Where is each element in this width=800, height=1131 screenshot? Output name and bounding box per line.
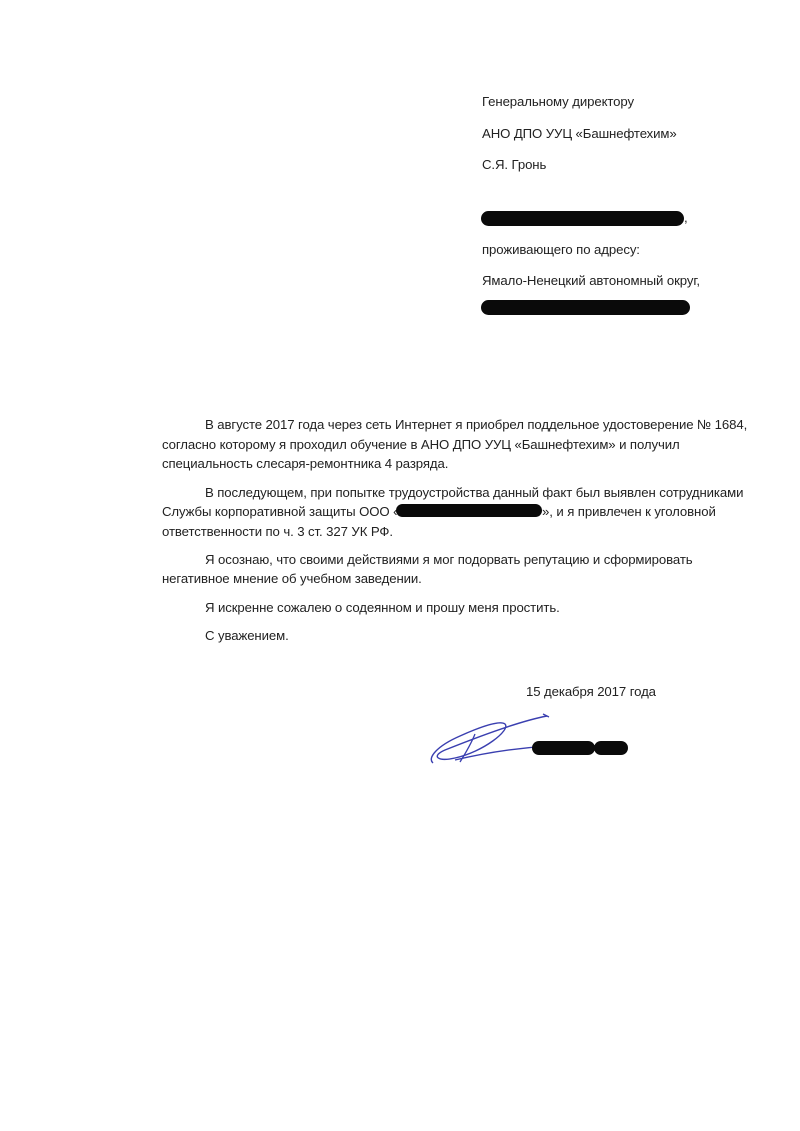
paragraph-4: Я искренне сожалею о содеянном и прошу м… xyxy=(205,600,560,615)
paragraph-3-line-2: негативное мнение об учебном заведении. xyxy=(162,571,422,586)
paragraph-3-line-1: Я осознаю, что своими действиями я мог п… xyxy=(205,552,693,567)
addressee-name: С.Я. Гронь xyxy=(482,157,546,172)
sender-name-comma: , xyxy=(684,210,688,225)
paragraph-2-line-1: В последующем, при попытке трудоустройст… xyxy=(205,485,743,500)
addressee-title: Генеральному директору xyxy=(482,94,634,109)
redacted-signature-name-1 xyxy=(532,741,595,755)
paragraph-1-line-3: специальность слесаря-ремонтника 4 разря… xyxy=(162,456,448,471)
redacted-company-name xyxy=(396,504,542,517)
residence-label: проживающего по адресу: xyxy=(482,242,640,257)
paragraph-2-line-2-prefix: Службы корпоративной защиты ООО « xyxy=(162,504,400,519)
paragraph-2-line-3: ответственности по ч. 3 ст. 327 УК РФ. xyxy=(162,524,393,539)
paragraph-2-line-2-suffix: », и я привлечен к уголовной xyxy=(542,504,716,519)
addressee-organization: АНО ДПО УУЦ «Башнефтехим» xyxy=(482,126,677,141)
redacted-address xyxy=(481,300,690,315)
paragraph-1-line-2: согласно которому я проходил обучение в … xyxy=(162,437,680,452)
document-date: 15 декабря 2017 года xyxy=(526,684,656,699)
signature-icon xyxy=(425,708,555,770)
redacted-sender-name xyxy=(481,211,684,226)
residence-region: Ямало-Ненецкий автономный округ, xyxy=(482,273,700,288)
paragraph-1-line-1: В августе 2017 года через сеть Интернет … xyxy=(205,417,747,432)
redacted-signature-name-2 xyxy=(594,741,628,755)
closing: С уважением. xyxy=(205,628,289,643)
